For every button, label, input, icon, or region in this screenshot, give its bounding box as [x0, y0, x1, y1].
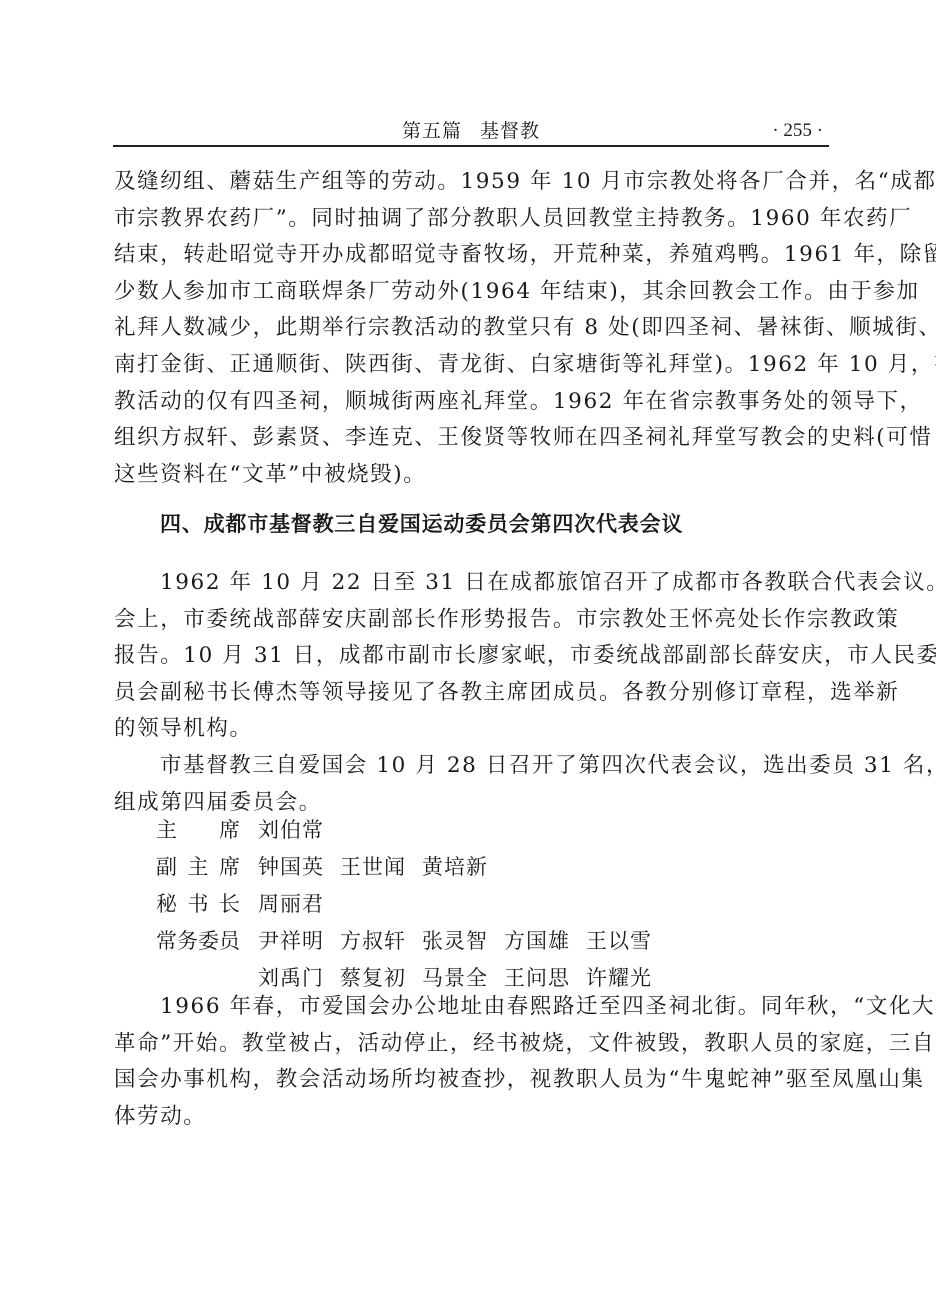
text-line: 体劳动。	[114, 1099, 834, 1136]
text-line: 的领导机构。	[114, 711, 834, 748]
roster-title: 秘 书 长	[156, 886, 240, 923]
member-name: 刘伯常	[258, 812, 340, 849]
roster-title: 副 主 席	[156, 849, 240, 886]
text-line: 这些资料在“文革”中被烧毁)。	[114, 457, 834, 494]
title-char: 副	[156, 849, 177, 886]
text-line: 国会办事机构，教会活动场所均被查抄，视教职人员为“牛鬼蛇神”驱至凤凰山集	[114, 1062, 834, 1099]
text-line: 市宗教界农药厂”。同时抽调了部分教职人员回教堂主持教务。1960 年农药厂	[114, 201, 834, 238]
roster-names: 钟国英王世闻黄培新	[258, 849, 504, 886]
roster-title: 常 务 委 员	[156, 923, 240, 960]
text-line: 结束，转赴昭觉寺开办成都昭觉寺畜牧场，开荒种菜，养殖鸡鸭。1961 年，除留	[114, 237, 834, 274]
roster-title: 主 席	[156, 812, 240, 849]
paragraph-meeting: 1962 年 10 月 22 日至 31 日在成都旅馆召开了成都市各教联合代表会…	[114, 565, 834, 748]
paragraph-continued: 及缝纫组、蘑菇生产组等的劳动。1959 年 10 月市宗教处将各厂合并，名“成都…	[114, 164, 834, 493]
text-line: 革命”开始。教堂被占，活动停止，经书被烧，文件被毁，教职人员的家庭，三自爱	[114, 1026, 834, 1063]
text-line: 少数人参加市工商联焊条厂劳动外(1964 年结束)，其余回教会工作。由于参加	[114, 274, 834, 311]
text-line: 1962 年 10 月 22 日至 31 日在成都旅馆召开了成都市各教联合代表会…	[114, 565, 834, 602]
running-head: 第五篇基督教 · 255 ·	[113, 117, 829, 145]
title-char: 务	[177, 923, 198, 960]
text-line: 市基督教三自爱国会 10 月 28 日召开了第四次代表会议，选出委员 31 名，	[114, 748, 834, 785]
member-name: 方叔轩	[340, 923, 422, 960]
text-line: 及缝纫组、蘑菇生产组等的劳动。1959 年 10 月市宗教处将各厂合并，名“成都	[114, 164, 834, 201]
title-char: 席	[219, 849, 240, 886]
roster-names: 周丽君	[258, 886, 340, 923]
text-line: 南打金街、正通顺街、陕西街、青龙街、白家塘街等礼拜堂)。1962 年 10 月，…	[114, 347, 834, 384]
title-char: 委	[198, 923, 219, 960]
member-name: 尹祥明	[258, 923, 340, 960]
member-name: 王世闻	[340, 849, 422, 886]
roster-names: 刘伯常	[258, 812, 340, 849]
paragraph-cultural-revolution: 1966 年春，市爱国会办公地址由春熙路迁至四圣祠北街。同年秋，“文化大 革命”…	[114, 989, 834, 1135]
text-line: 报告。10 月 31 日，成都市副市长廖家岷，市委统战部副部长薛安庆，市人民委	[114, 638, 834, 675]
text-line: 教活动的仅有四圣祠，顺城街两座礼拜堂。1962 年在省宗教事务处的领导下，	[114, 384, 834, 421]
title-char: 常	[156, 923, 177, 960]
roster-names: 尹祥明方叔轩张灵智方国雄王以雪	[258, 923, 668, 960]
member-name: 张灵智	[422, 923, 504, 960]
member-name: 周丽君	[258, 886, 340, 923]
chapter-title: 基督教	[480, 120, 540, 142]
text-line: 1966 年春，市爱国会办公地址由春熙路迁至四圣祠北街。同年秋，“文化大	[114, 989, 834, 1026]
page-number: · 255 ·	[772, 117, 823, 145]
title-char: 书	[188, 886, 209, 923]
paragraph-election: 市基督教三自爱国会 10 月 28 日召开了第四次代表会议，选出委员 31 名，…	[114, 748, 834, 821]
running-head-title: 第五篇基督教	[113, 117, 829, 145]
header-rule	[113, 145, 829, 147]
book-page: 第五篇基督教 · 255 · 及缝纫组、蘑菇生产组等的劳动。1959 年 10 …	[0, 0, 936, 1310]
title-char: 主	[188, 849, 209, 886]
title-char: 主	[156, 812, 177, 849]
text-line: 组织方叔轩、彭素贤、李连克、王俊贤等牧师在四圣祠礼拜堂写教会的史料(可惜	[114, 420, 834, 457]
title-char: 席	[219, 812, 240, 849]
section-heading: 四、成都市基督教三自爱国运动委员会第四次代表会议	[160, 509, 683, 539]
member-name: 方国雄	[504, 923, 586, 960]
part-label: 第五篇	[402, 120, 462, 142]
text-line: 礼拜人数减少，此期举行宗教活动的教堂只有 8 处(即四圣祠、暑袜街、顺城街、	[114, 310, 834, 347]
member-name: 黄培新	[422, 849, 504, 886]
title-char: 员	[219, 923, 240, 960]
title-char: 秘	[156, 886, 177, 923]
title-char: 长	[219, 886, 240, 923]
text-line: 员会副秘书长傅杰等领导接见了各教主席团成员。各教分别修订章程，选举新	[114, 675, 834, 712]
text-line: 会上，市委统战部薛安庆副部长作形势报告。市宗教处王怀亮处长作宗教政策	[114, 602, 834, 639]
member-name: 钟国英	[258, 849, 340, 886]
member-name: 王以雪	[586, 923, 668, 960]
